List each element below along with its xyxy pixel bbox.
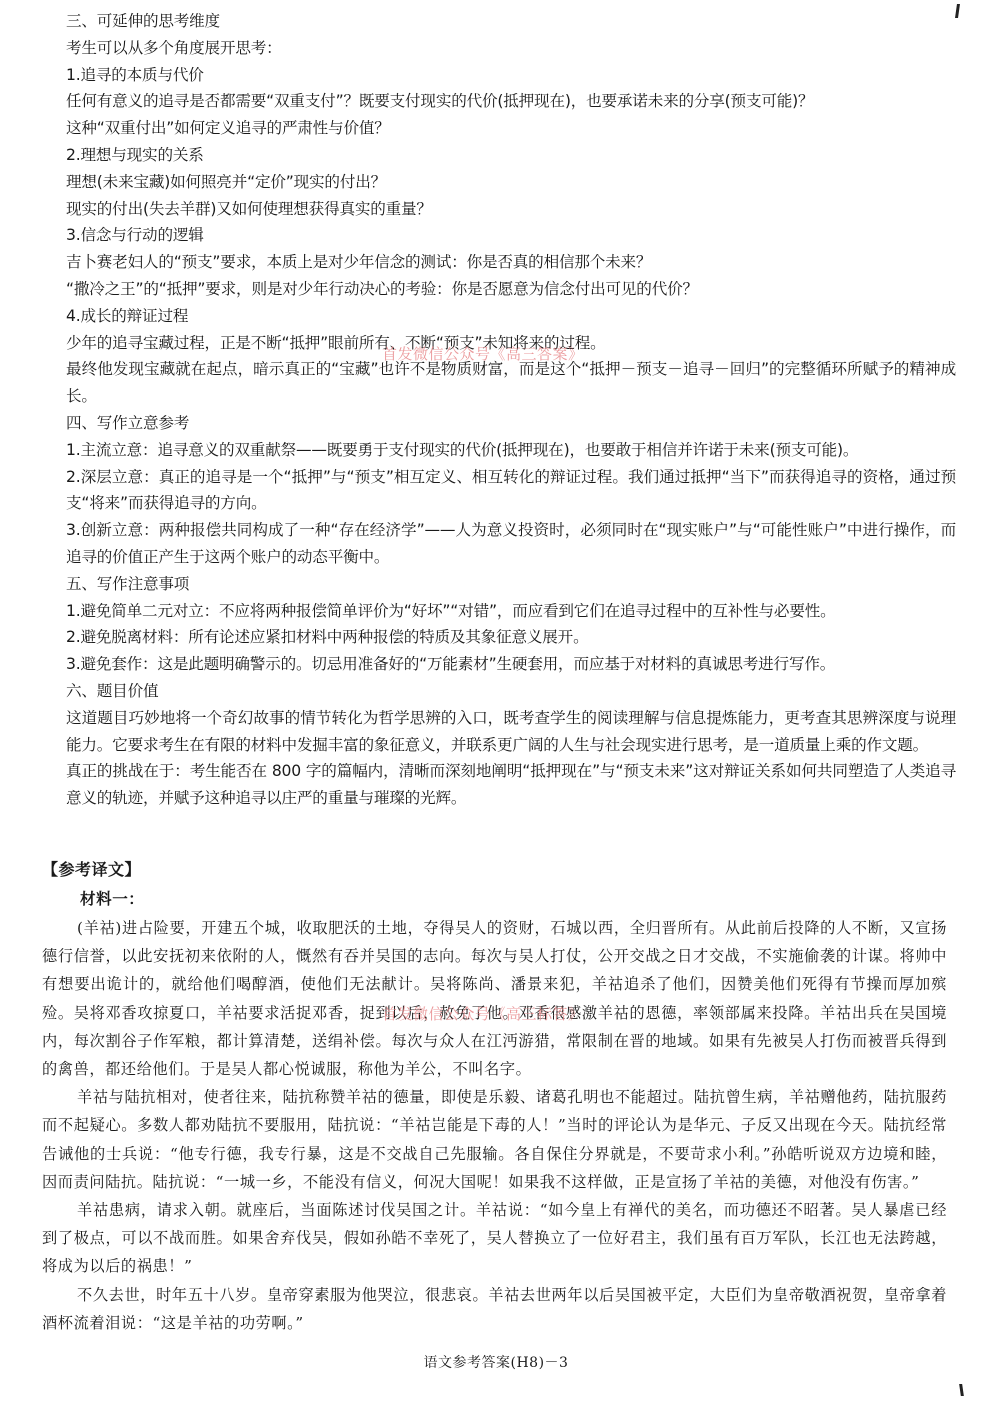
scan-edge-mark-bottom	[959, 1384, 964, 1396]
paragraph: 这道题目巧妙地将一个奇幻故事的情节转化为哲学思辨的入口，既考查学生的阅读理解与信…	[66, 705, 956, 759]
translation-paragraph: (羊祜)进占险要，开建五个城，收取肥沃的土地，夺得吴人的资财，石城以西，全归晋所…	[42, 914, 947, 1083]
section-heading: 三、可延伸的思考维度	[66, 8, 956, 35]
item-text: 最终他发现宝藏就在起点，暗示真正的“宝藏”也许不是物质财富，而是这个“抵押－预支…	[66, 356, 956, 410]
item-title: 1.追寻的本质与代价	[66, 62, 956, 89]
translation-paragraph: 不久去世，时年五十八岁。皇帝穿素服为他哭泣，很悲哀。羊祜去世两年以后吴国被平定，…	[42, 1281, 947, 1337]
paragraph: 真正的挑战在于：考生能否在 800 字的篇幅内，清晰而深刻地阐明“抵押现在”与“…	[66, 758, 956, 812]
translation-heading: 【参考译文】	[42, 856, 947, 885]
item-title: 3.信念与行动的逻辑	[66, 222, 956, 249]
list-item: 3.避免套作：这是此题明确警示的。切忌用准备好的“万能素材”生硬套用，而应基于对…	[66, 651, 956, 678]
watermark: 首发微信公众号《高三答案》	[382, 343, 584, 364]
list-item: 1.避免简单二元对立：不应将两种报偿简单评价为“好坏”“对错”，而应看到它们在追…	[66, 598, 956, 625]
document-page: 三、可延伸的思考维度 考生可以从多个角度展开思考： 1.追寻的本质与代价 任何有…	[0, 0, 992, 1403]
section-intro: 考生可以从多个角度展开思考：	[66, 35, 956, 62]
watermark: 首发微信公众号《高三标答》	[382, 1003, 584, 1024]
item-title: 2.理想与现实的关系	[66, 142, 956, 169]
list-item: 1.主流立意：追寻意义的双重献祭——既要勇于支付现实的代价(抵押现在)，也要敢于…	[66, 437, 956, 464]
translation-section: 【参考译文】 材料一： (羊祜)进占险要，开建五个城，收取肥沃的土地，夺得吴人的…	[42, 856, 947, 1337]
list-item: 2.深层立意：真正的追寻是一个“抵押”与“预支”相互定义、相互转化的辩证过程。我…	[66, 464, 956, 518]
item-title: 4.成长的辩证过程	[66, 303, 956, 330]
item-text: 这种“双重付出”如何定义追寻的严肃性与价值？	[66, 115, 956, 142]
list-item: 3.创新立意：两种报偿共同构成了一种“存在经济学”——人为意义投资时，必须同时在…	[66, 517, 956, 571]
analysis-section: 三、可延伸的思考维度 考生可以从多个角度展开思考： 1.追寻的本质与代价 任何有…	[66, 8, 956, 812]
section-heading: 四、写作立意参考	[66, 410, 956, 437]
section-heading: 五、写作注意事项	[66, 571, 956, 598]
material-label: 材料一：	[42, 885, 947, 914]
page-footer: 语文参考答案(H8)－3	[0, 1352, 992, 1372]
item-text: 现实的付出(失去羊群)又如何使理想获得真实的重量？	[66, 196, 956, 223]
item-text: 吉卜赛老妇人的“预支”要求，本质上是对少年信念的测试：你是否真的相信那个未来？	[66, 249, 956, 276]
section-heading: 六、题目价值	[66, 678, 956, 705]
item-text: “撒冷之王”的“抵押”要求，则是对少年行动决心的考验：你是否愿意为信念付出可见的…	[66, 276, 956, 303]
translation-paragraph: 羊祜患病，请求入朝。就座后，当面陈述讨伐吴国之计。羊祜说：“如今皇上有禅代的美名…	[42, 1196, 947, 1281]
list-item: 2.避免脱离材料：所有论述应紧扣材料中两种报偿的特质及其象征意义展开。	[66, 624, 956, 651]
item-text: 任何有意义的追寻是否都需要“双重支付”？既要支付现实的代价(抵押现在)，也要承诺…	[66, 88, 956, 115]
translation-paragraph: 羊祜与陆抗相对，使者往来，陆抗称赞羊祜的德量，即使是乐毅、诸葛孔明也不能超过。陆…	[42, 1083, 947, 1196]
item-text: 理想(未来宝藏)如何照亮并“定价”现实的付出？	[66, 169, 956, 196]
